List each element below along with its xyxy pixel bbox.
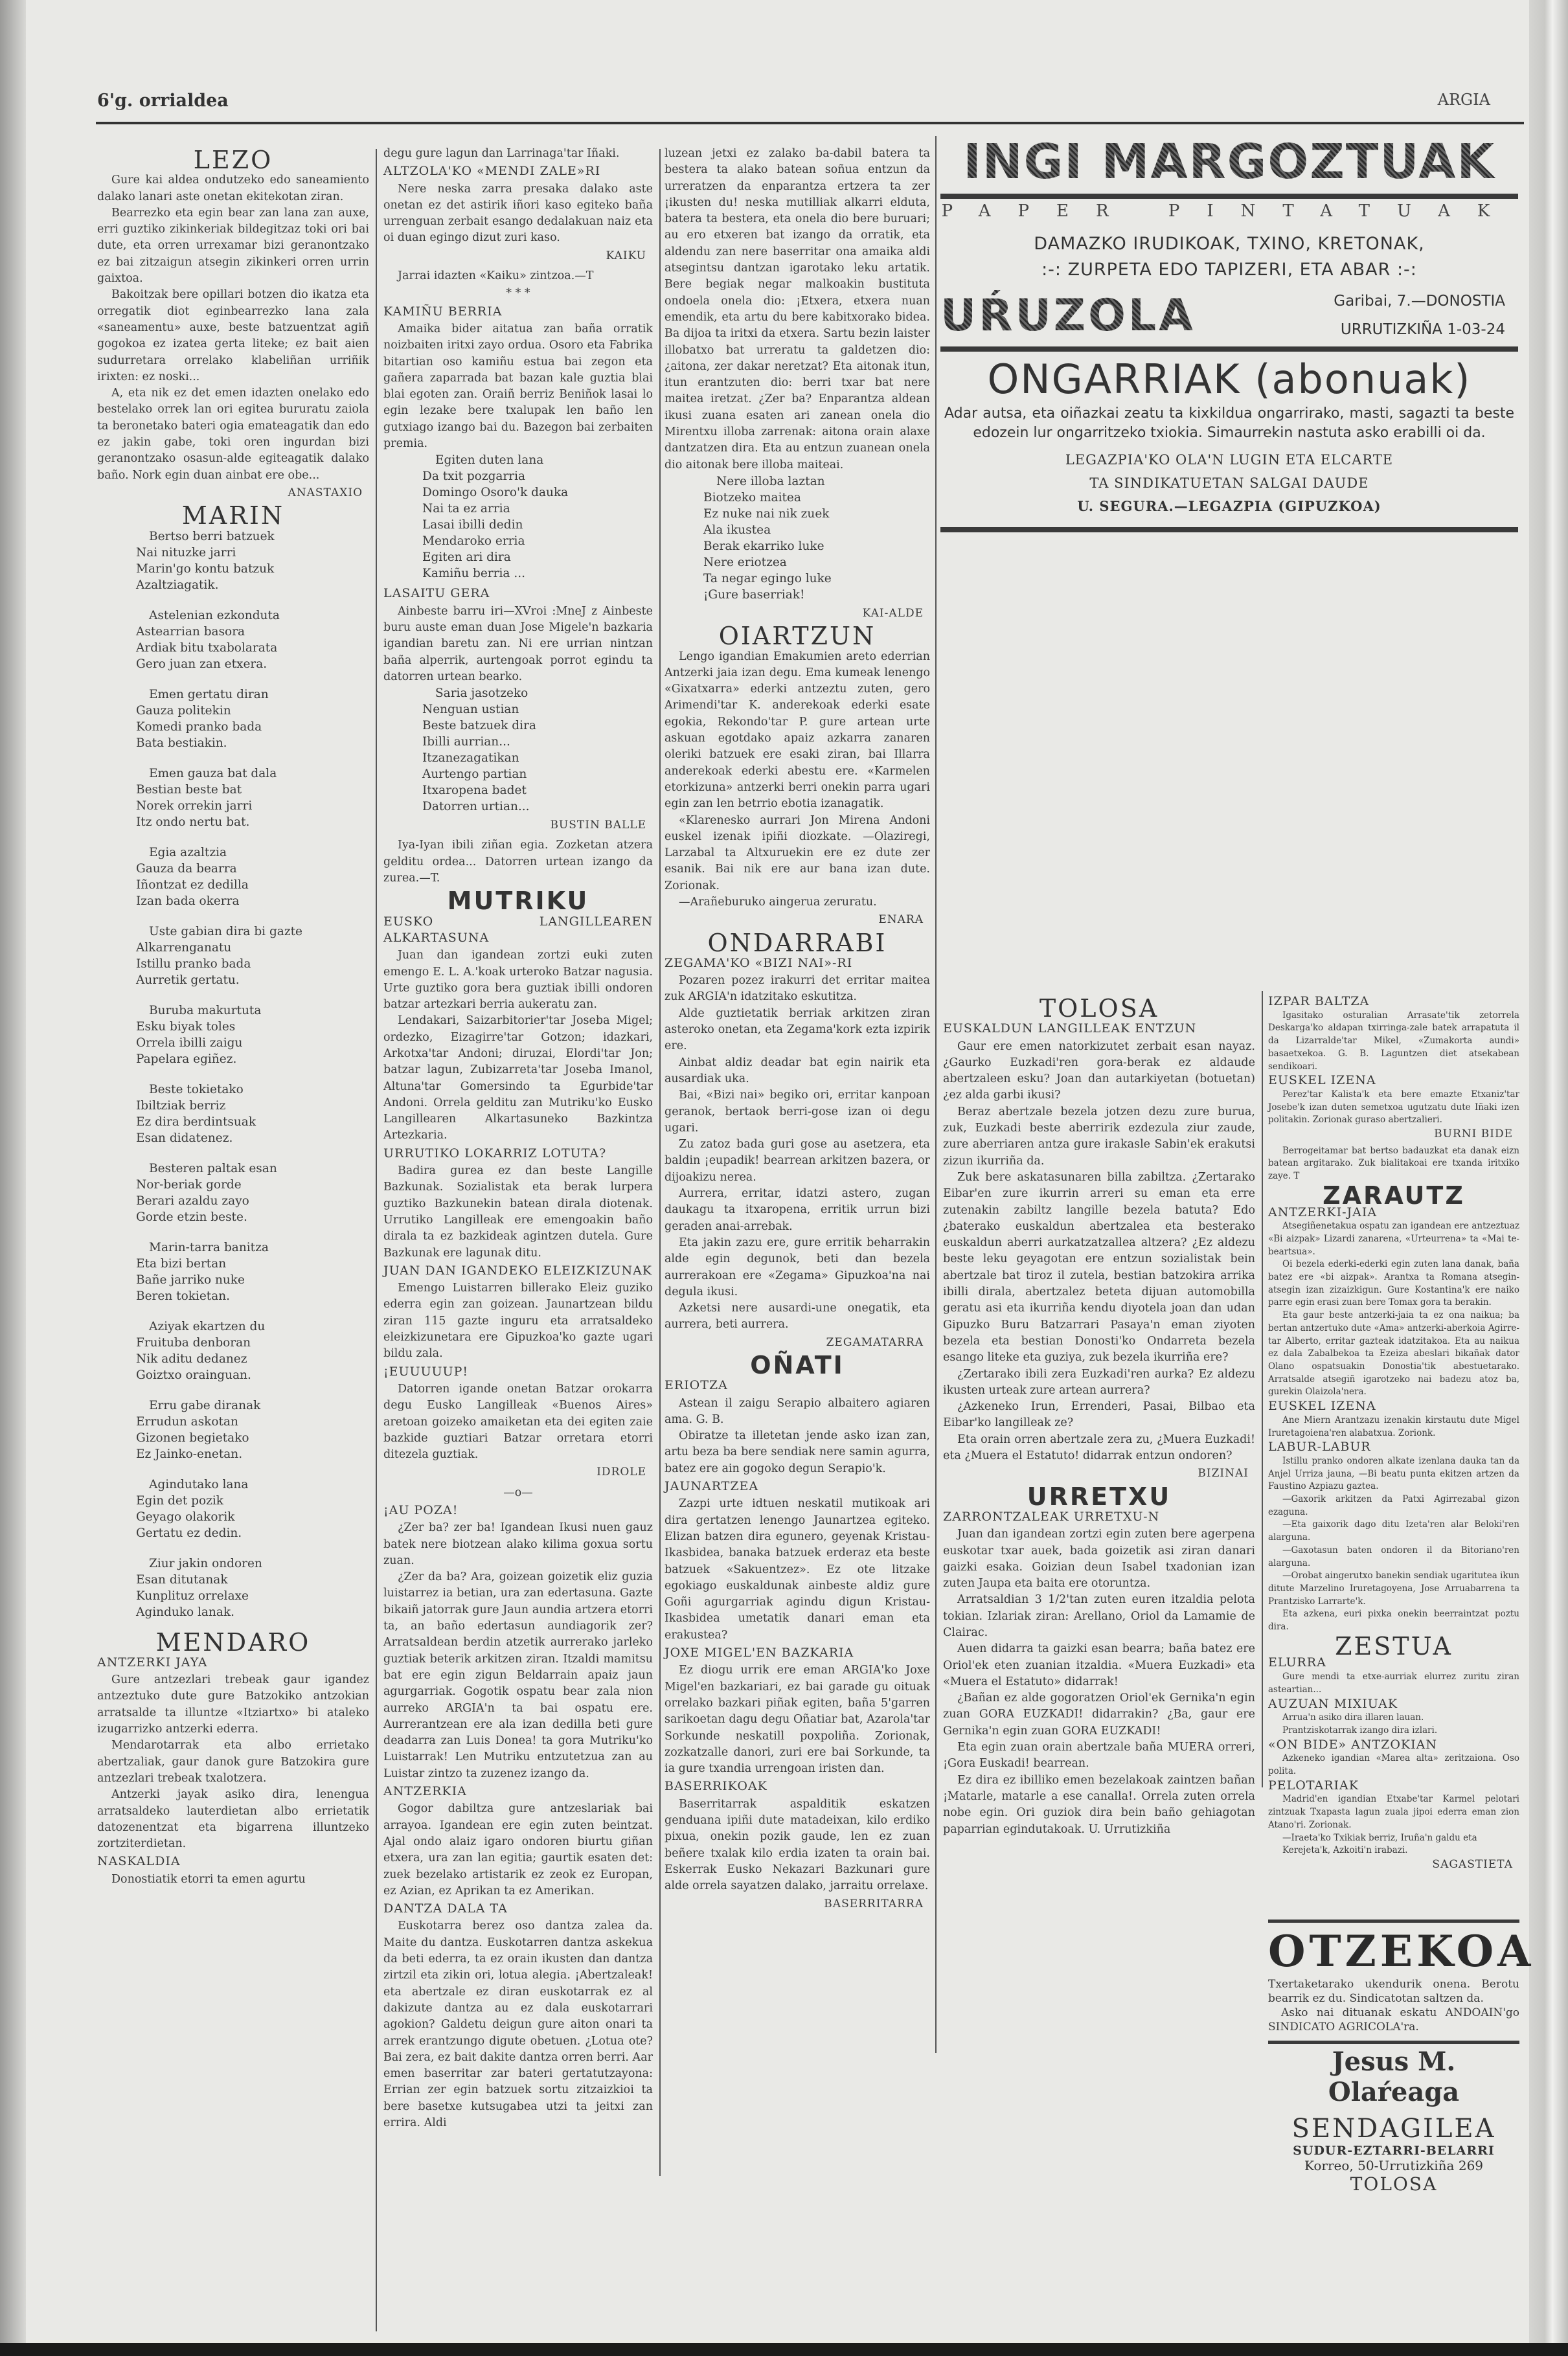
section-head: ZEGAMA'KO «BIZI NAI»-RI	[665, 955, 930, 971]
ad-rule	[940, 527, 1518, 532]
signature: ENARA	[665, 912, 924, 928]
verse-line: Nai nituzke jarri	[136, 545, 369, 561]
section-head: DANTZA DALA TA	[383, 1901, 653, 1917]
column-1: LEZO Gure kai aldea ondutzeko edo saneam…	[97, 146, 369, 1888]
ad-line: :-: ZURPETA EDO TAPIZERI, ETA ABAR :-:	[940, 257, 1518, 283]
tolosa-article: Gaur ere emen natorkizutet zerbait esan …	[943, 1039, 1255, 1465]
paragraph: ¿Bañan ez alde gogoratzen Oriol'ek Gerni…	[943, 1690, 1255, 1739]
paragraph: Aurrera, erritar, idatzi astero, zugan d…	[665, 1186, 930, 1235]
signature: BUSTIN BALLE	[383, 817, 646, 833]
ad-phone: URRUTIZKIÑA 1-03-24	[1334, 315, 1505, 344]
paragraph: Datorren igande onetan Batzar orokarra d…	[383, 1381, 653, 1463]
euskel-article: Perez'tar Kalista'k eta bere emazte Etxa…	[1268, 1089, 1519, 1127]
paragraph: Beraz abertzale bezela jotzen dezu zure …	[943, 1104, 1255, 1170]
verse-line: Saria jasotzeko	[422, 685, 653, 701]
paragraph: Prantziskotarrak izango dira izlari.	[1268, 1725, 1519, 1738]
paragraph: Arratsaldian 3 1/2'tan zuten euren itzal…	[943, 1592, 1255, 1641]
ad-brand-row: UŔUZOLA Garibai, 7.—DONOSTIA URRUTIZKIÑA…	[940, 287, 1518, 344]
editor-note: Berrogeitamar bat bertso badauzkat eta d…	[1268, 1145, 1519, 1183]
verse-line: Ala ikustea	[703, 522, 930, 538]
header-rule	[96, 122, 1524, 124]
paragraph: Bakoitzak bere opillari botzen dio ikatz…	[97, 287, 369, 385]
verse-line: Bestian beste bat	[136, 782, 369, 798]
section-head: LASAITU GERA	[383, 585, 653, 602]
signature: IDROLE	[383, 1464, 646, 1480]
paragraph: Eta jakin zazu ere, gure erritik beharra…	[665, 1235, 930, 1300]
ad-rule	[940, 346, 1518, 352]
page-left-shadow	[0, 0, 26, 2356]
town-heading-marin: MARIN	[97, 508, 369, 524]
paragraph: Amaika bider aitatua zan baña orratik no…	[383, 321, 653, 452]
verse-line: ¡Gure baserriak!	[703, 587, 930, 603]
paragraph: Alde guztietatik berriak arkitzen ziran …	[665, 1006, 930, 1055]
verse-line: Gertatu ez dedin.	[136, 1525, 369, 1541]
town-heading-tolosa: TOLOSA	[943, 1001, 1255, 1017]
section-head: ¡AU POZA!	[383, 1502, 653, 1519]
signature: BASERRITARRA	[665, 1896, 924, 1912]
column-3: luzean jetxi ez zalako ba-dabil batera t…	[665, 146, 930, 1916]
paragraph: Azketsi nere ausardi-une onegatik, eta a…	[665, 1300, 930, 1333]
section-head: EUSKALDUN LANGILLEAK ENTZUN	[943, 1021, 1255, 1037]
verse-line: Nor-beriak gorde	[136, 1177, 369, 1193]
paragraph: Zazpi urte idtuen neskatil mutikoak ari …	[665, 1496, 930, 1644]
verse-line: Ibiltziak berriz	[136, 1098, 369, 1114]
verse-line: Beren tokietan.	[136, 1288, 369, 1304]
stanza: Beste tokietakoIbiltziak berrizEz dira b…	[136, 1082, 369, 1146]
town-heading-oiartzun: OIARTZUN	[665, 628, 930, 644]
verse-line: Buruba makurtuta	[136, 1002, 369, 1019]
verse-line: Itxaropena badet	[422, 782, 653, 799]
ad-doctor-specialty: SUDUR-EZTARRI-BELARRI	[1268, 2144, 1519, 2158]
paragraph: Ainbeste barru iri—XVroi :MneJ z Ainbest…	[383, 604, 653, 685]
verse-line: Astearrian basora	[136, 624, 369, 640]
section-head: URRUTIKO LOKARRIZ LOTUTA?	[383, 1146, 653, 1162]
section-head: JOXE MIGEL'EN BAZKARIA	[665, 1645, 930, 1661]
verse-line: Aginduko lanak.	[136, 1604, 369, 1620]
editor-note: Jarrai idazten «Kaiku» zintzoa.—T	[383, 268, 653, 284]
verse-line: Ez Jainko-enetan.	[136, 1446, 369, 1462]
section-head: ANTZERKI JAYA	[97, 1655, 369, 1671]
stanza: Emen gauza bat dalaBestian beste batNore…	[136, 765, 369, 830]
verse-line: Marin'go kontu batzuk	[136, 561, 369, 577]
signature: ZEGAMATARRA	[665, 1335, 924, 1351]
column-divider	[659, 149, 661, 2176]
verse-line: Mendaroko erria	[422, 533, 653, 549]
paragraph: Kerejeta'k, Azkoiti'n irabazi.	[1268, 1844, 1519, 1857]
town-heading-mutriku: MUTRIKU	[383, 893, 653, 909]
lezo-signature: ANASTAXIO	[97, 485, 363, 501]
ad-doctor-name: Jesus M. Olaŕeaga	[1268, 2046, 1519, 2107]
mendaro-articles: ANTZERKI JAYAGure antzezlari trebeak gau…	[97, 1655, 369, 1888]
paragraph: Lendakari, Saizarbitorier'tar Joseba Mig…	[383, 1013, 653, 1144]
verse-line: Errudun askotan	[136, 1414, 369, 1430]
verse-line: Egiten duten lana	[422, 452, 653, 468]
verse-line: Marin-tarra banitza	[136, 1240, 369, 1256]
ad-doctor-address: Korreo, 50-Urrutizkiña 269	[1268, 2158, 1519, 2173]
column-5: IZPAR BALTZA Igasitako osturalian Arrasa…	[1268, 994, 1519, 1875]
mendi-article: Nere neska zarra presaka dalako aste one…	[383, 181, 653, 247]
town-heading-zarautz: ZARAUTZ	[1268, 1190, 1519, 1203]
ad-rule	[1268, 1920, 1519, 1923]
poza-article: ¿Zer ba? zer ba! Igandean Ikusi nuen gau…	[383, 1520, 653, 1782]
verse-line: Iñontzat ez dedilla	[136, 877, 369, 893]
section-head: ANTZERKIA	[383, 1784, 653, 1800]
paragraph: —Gaxotasun baten ondoren il da Bitoriano…	[1268, 1545, 1519, 1570]
section-head: ¡EUUUUUP!	[383, 1364, 653, 1380]
paragraph: Ane Miern Arantzazu izenakin kirstautu d…	[1268, 1414, 1519, 1440]
verse-line: Nik aditu dedanez	[136, 1351, 369, 1367]
verse-line: Bertso berri batzuek	[136, 528, 369, 545]
section-head: IZPAR BALTZA	[1268, 995, 1519, 1008]
paragraph: Lengo igandian Emakumien areto ederrian …	[665, 649, 930, 813]
lezo-article: Gure kai aldea ondutzeko edo saneamiento…	[97, 172, 369, 484]
stanza: Marin-tarra banitzaEta bizi bertanBañe j…	[136, 1240, 369, 1304]
paragraph: ¿Azkeneko Irun, Errenderi, Pasai, Bilbao…	[943, 1399, 1255, 1432]
verse-line: Nai ta ez arria	[422, 501, 653, 517]
paragraph: Eta azkena, euri pixka onekin beerraintz…	[1268, 1608, 1519, 1633]
verse-line: Bañe jarriko nuke	[136, 1272, 369, 1288]
verse-line: Lasai ibilli dedin	[422, 517, 653, 533]
section-head: KAMIÑU BERRIA	[383, 304, 653, 320]
kaminu-poem: Egiten duten lanaDa txit pozgarriaDoming…	[422, 452, 653, 582]
paragraph: Eta egin zuan orain abertzale baña MUERA…	[943, 1739, 1255, 1773]
izpar-article: Igasitako osturalian Arrasate'tik zetorr…	[1268, 1010, 1519, 1074]
verse-line: Egiten ari dira	[422, 549, 653, 565]
verse-line: Besteren paltak esan	[136, 1161, 369, 1177]
verse-line: Papelara egiñez.	[136, 1051, 369, 1067]
section-head: «ON BIDE» ANTZOKIAN	[1268, 1739, 1519, 1752]
verse-line: Kunplituz orrelaxe	[136, 1588, 369, 1604]
town-heading-urretxu: URRETXU	[943, 1489, 1255, 1505]
verse-line: Istillu pranko bada	[136, 956, 369, 972]
marin-poem: Bertso berri batzuekNai nituzke jarriMar…	[97, 528, 369, 1620]
ad-doctor-city: TOLOSA	[1268, 2173, 1519, 2195]
paragraph: Astean il zaigu Serapio albaitero agiare…	[665, 1396, 930, 1429]
section-head: ALTZOLA'KO «MENDI ZALE»RI	[383, 163, 653, 179]
stanza: Besteren paltak esanNor-beriak gordeBera…	[136, 1161, 369, 1225]
paragraph: luzean jetxi ez zalako ba-dabil batera t…	[665, 146, 930, 473]
ad-line: LEGAZPIA'KO OLA'N LUGIN ETA ELCARTE	[940, 448, 1518, 471]
verse-line: Orrela ibilli zaigu	[136, 1035, 369, 1051]
zarautz-articles: ANTZERKI-JAIAAtsegiñenetakua ospatu zan …	[1268, 1206, 1519, 1634]
zestua-articles: ELURRAGure mendi ta etxe-aurriak elurrez…	[1268, 1657, 1519, 1857]
paragraph: Zuk bere askatasunaren billa zabiltza. ¿…	[943, 1170, 1255, 1366]
paragraph: Donostiatik etorri ta emen agurtu	[97, 1872, 369, 1888]
ad-line: TA SINDIKATUETAN SALGAI DAUDE	[940, 471, 1518, 495]
paragraph: Gure antzezlari trebeak gaur igandez ant…	[97, 1672, 369, 1738]
section-head: ZARRONTZALEAK URRETXU-N	[943, 1509, 1255, 1525]
stanza: Aziyak ekartzen duFruituba denboranNik a…	[136, 1319, 369, 1383]
stanza: Uste gabian dira bi gazteAlkarrenganatuI…	[136, 923, 369, 988]
verse-line: Alkarrenganatu	[136, 940, 369, 956]
column-divider	[1262, 991, 1263, 1787]
section-head: JAUNARTZEA	[665, 1478, 930, 1495]
verse-line: Nenguan ustian	[422, 701, 653, 718]
editor-note: Iya-Iyan ibili ziñan egia. Zozketan atze…	[383, 837, 653, 887]
verse-line: Fruituba denboran	[136, 1335, 369, 1351]
paragraph: Mendarotarrak eta albo errietako abertza…	[97, 1738, 369, 1787]
town-heading-onati: OÑATI	[665, 1357, 930, 1374]
oiartzun-article: Lengo igandian Emakumien areto ederrian …	[665, 649, 930, 911]
ad-rule	[1268, 2041, 1519, 2044]
section-head: JUAN DAN IGANDEKO ELEIZKIZUNAK	[383, 1263, 653, 1279]
paragraph: —Eta gaixorik dago ditu Izeta'ren alar B…	[1268, 1519, 1519, 1544]
stanza: Emen gertatu diranGauza politekinKomedi …	[136, 686, 369, 751]
ad-address: Garibai, 7.—DONOSTIA	[1334, 287, 1505, 315]
verse-line: Esku biyak toles	[136, 1019, 369, 1035]
ad-line: U. SEGURA.—LEGAZPIA (GIPUZKOA)	[940, 495, 1518, 518]
ad-doctor-title: SENDAGILEA	[1268, 2114, 1519, 2144]
verse-line: Datorren urtian...	[422, 799, 653, 815]
separator-stars: * * *	[383, 286, 653, 302]
ad-rule	[940, 194, 1518, 199]
verse-line: Norek orrekin jarri	[136, 798, 369, 814]
verse-line: Beste tokietako	[136, 1082, 369, 1098]
paragraph: Arrua'n asiko dira illaren lauan.	[1268, 1712, 1519, 1725]
column-divider	[376, 149, 377, 2331]
paragraph: Gure mendi ta etxe-aurriak elurrez zurit…	[1268, 1671, 1519, 1696]
verse-line: Nere illoba laztan	[703, 473, 930, 490]
paragraph: Ez diogu urrik ere eman ARGIA'ko Joxe Mi…	[665, 1662, 930, 1777]
paragraph: Eta orain orren abertzale zera zu, ¿Muer…	[943, 1432, 1255, 1465]
ondarrabi-article: Pozaren pozez irakurri det erritar maite…	[665, 973, 930, 1333]
mutriku-articles: EUSKO LANGILLEAREN ALKARTASUNAJuan dan i…	[383, 914, 653, 1464]
verse-line: Gero juan zan etxera.	[136, 656, 369, 672]
verse-line: Bata bestiakin.	[136, 735, 369, 751]
urretxu-article: Juan dan igandean zortzi egin zuten bere…	[943, 1526, 1255, 1838]
paragraph: Pozaren pozez irakurri det erritar maite…	[665, 973, 930, 1006]
story-continued: luzean jetxi ez zalako ba-dabil batera t…	[665, 146, 930, 473]
verse-line: Agindutako lana	[136, 1477, 369, 1493]
newspaper-name: ARGIA	[1438, 91, 1490, 109]
paragraph: Juan dan igandean zortzi euki zuten emen…	[383, 947, 653, 1013]
verse-line: Eta bizi bertan	[136, 1256, 369, 1272]
paragraph: Gogor dabiltza gure antzeslariak bai arr…	[383, 1801, 653, 1899]
dantza-article: Euskotarra berez oso dantza zalea da. Ma…	[383, 1918, 653, 2131]
paragraph: Juan dan igandean zortzi egin zuten bere…	[943, 1526, 1255, 1592]
paragraph: —Arañeburuko aingerua zeruratu.	[665, 894, 930, 911]
page-number-label: 6'g. orrialdea	[97, 91, 229, 111]
paragraph: Nere neska zarra presaka dalako aste one…	[383, 181, 653, 247]
paragraph: Badira gurea ez dan beste Langille Bazku…	[383, 1163, 653, 1262]
signature: KAIKU	[383, 248, 646, 264]
lasaitu-article: Ainbeste barru iri—XVroi :MneJ z Ainbest…	[383, 604, 653, 685]
town-heading-zestua: ZESTUA	[1268, 1640, 1519, 1653]
signature: SAGASTIETA	[1268, 1859, 1513, 1872]
paragraph: —Iraeta'ko Txikiak berriz, Iruña'n galdu…	[1268, 1832, 1519, 1845]
paragraph: Atsegiñenetakua ospatu zan igandean ere …	[1268, 1220, 1519, 1258]
signature: BURNI BIDE	[1268, 1128, 1513, 1141]
stanza: Agindutako lanaEgin det pozikGeyago olak…	[136, 1477, 369, 1541]
lasaitu-poem: Saria jasotzekoNenguan ustianBeste batzu…	[422, 685, 653, 815]
section-head: AUZUAN MIXIUAK	[1268, 1698, 1519, 1711]
advertisement-otzekoa: OTZEKOA Txertaketarako ukendurik onena. …	[1268, 1917, 1519, 2195]
ad-subtitle: PAPER PINTATUAK	[940, 201, 1518, 221]
section-head: EUSKEL IZENA	[1268, 1074, 1519, 1087]
signature: KAI-ALDE	[665, 606, 924, 622]
verse-line: Goiztxo orainguan.	[136, 1367, 369, 1383]
verse-line: Ta negar egingo luke	[703, 571, 930, 587]
column-2: degu gure lagun dan Larrinaga'tar Iñaki.…	[383, 146, 653, 2131]
ad-otzekoa-body2: Asko nai dituanak eskatu ANDOAIN'go SIND…	[1268, 2006, 1519, 2034]
verse-line: Ziur jakin ondoren	[136, 1556, 369, 1572]
ad-address-block: Garibai, 7.—DONOSTIA URRUTIZKIÑA 1-03-24	[1334, 287, 1518, 344]
section-head: PELOTARIAK	[1268, 1780, 1519, 1793]
ad-otzekoa-body: Txertaketarako ukendurik onena. Berotu b…	[1268, 1977, 1519, 2006]
paragraph: Bearrezko eta egin bear zan lana zan aux…	[97, 205, 369, 287]
paragraph: ¿Zer ba? zer ba! Igandean Ikusi nuen gau…	[383, 1520, 653, 1569]
paragraph: Obiratze ta illetetan jende asko izan za…	[665, 1428, 930, 1477]
paragraph: Euskotarra berez oso dantza zalea da. Ma…	[383, 1918, 653, 2131]
column-4: TOLOSA EUSKALDUN LANGILLEAK ENTZUN Gaur …	[943, 994, 1255, 1838]
onati-articles: ERIOTZAAstean il zaigu Serapio albaitero…	[665, 1377, 930, 1894]
stanza: Egia azaltziaGauza da bearraIñontzat ez …	[136, 844, 369, 909]
kaminu-article: Amaika bider aitatua zan baña orratik no…	[383, 321, 653, 452]
verse-line: Nere eriotzea	[703, 554, 930, 571]
stanza: Buruba makurtutaEsku biyak tolesOrrela i…	[136, 1002, 369, 1067]
verse-line: Gorde etzin beste.	[136, 1209, 369, 1225]
ad-ongarriak-title: ONGARRIAK (abonuak)	[940, 356, 1518, 403]
paragraph: Baserritarrak aspalditik eskatzen gendua…	[665, 1796, 930, 1895]
paragraph: Madrid'en igandian Etxabe'tar Karmel pel…	[1268, 1793, 1519, 1831]
paragraph: —Gaxorik arkitzen da Patxi Agirrezabal g…	[1268, 1493, 1519, 1519]
paragraph: —Orobat aingerutxo banekin sendiak ugari…	[1268, 1570, 1519, 1608]
town-heading-lezo: LEZO	[97, 152, 369, 168]
paragraph: Istillu pranko ondoren alkate izenlana d…	[1268, 1455, 1519, 1493]
section-head: EUSKEL IZENA	[1268, 1400, 1519, 1413]
verse-line: Erru gabe diranak	[136, 1398, 369, 1414]
verse-line: Ez dira berdintsuak	[136, 1114, 369, 1130]
verse-line: Geyago olakorik	[136, 1509, 369, 1525]
verse-line: Egia azaltzia	[136, 844, 369, 861]
paragraph: A, eta nik ez det emen idazten onelako e…	[97, 385, 369, 484]
ad-title: INGI MARGOZTUAK	[940, 133, 1518, 191]
verse-line: Gizonen begietako	[136, 1430, 369, 1446]
verse-line: Biotzeko maitea	[703, 490, 930, 506]
paragraph: Eta gaur beste antzerki-jaia ta ez ona n…	[1268, 1309, 1519, 1399]
verse-line: Esan ditutanak	[136, 1572, 369, 1588]
verse-line: Da txit pozgarria	[422, 468, 653, 484]
ad-ongarriak-body: Adar autsa, eta oiñazkai zeatu ta kixkil…	[940, 404, 1518, 443]
verse-line: Astelenian ezkonduta	[136, 607, 369, 624]
verse-line: Gauza politekin	[136, 703, 369, 719]
verse-line: Beste batzuek dira	[422, 718, 653, 734]
verse-line: Berak ekarriko luke	[703, 538, 930, 554]
story-poem: Nere illoba laztanBiotzeko maiteaEz nuke…	[703, 473, 930, 603]
verse-line: Ez nuke nai nik zuek	[703, 506, 930, 522]
paragraph: degu gure lagun dan Larrinaga'tar Iñaki.	[383, 146, 653, 162]
verse-line: Uste gabian dira bi gazte	[136, 923, 369, 940]
section-head: BASERRIKOAK	[665, 1778, 930, 1795]
paragraph: ¿Zertarako ibili zera Euzkadi'ren aurka?…	[943, 1366, 1255, 1399]
paragraph: Oi bezela ederki-ederki egin zuten lana …	[1268, 1258, 1519, 1309]
stanza: Astelenian ezkondutaAstearrian basoraArd…	[136, 607, 369, 672]
verse-line: Egin det pozik	[136, 1493, 369, 1509]
paragraph: Ez dira ez ibilliko emen bezelakoak zain…	[943, 1773, 1255, 1838]
page-right-edge	[1529, 0, 1568, 2356]
town-heading-ondarrabi: ONDARRABI	[665, 935, 930, 951]
paragraph: Zu zatoz bada guri gose au asetzera, eta…	[665, 1137, 930, 1186]
separator-divider: —o—	[383, 1485, 653, 1501]
paragraph: Auen didarra ta gaizki esan bearra; baña…	[943, 1641, 1255, 1690]
verse-line: Aurretik gertatu.	[136, 972, 369, 988]
verse-line: Domingo Osoro'k dauka	[422, 484, 653, 501]
paragraph: Emengo Luistarren billerako Eleiz guziko…	[383, 1280, 653, 1362]
verse-line: Azaltziagatik.	[136, 577, 369, 593]
paragraph: ¿Zer da ba? Ara, goizean goizetik eliz g…	[383, 1569, 653, 1782]
paragraph: Antzerki jayak asiko dira, lenengua arra…	[97, 1787, 369, 1852]
section-head: ERIOTZA	[665, 1377, 930, 1394]
paragraph: Perez'tar Kalista'k eta bere emazte Etxa…	[1268, 1089, 1519, 1127]
signature: BIZINAI	[943, 1466, 1249, 1482]
verse-line: Ardiak bitu txabolarata	[136, 640, 369, 656]
verse-line: Gauza da bearra	[136, 861, 369, 877]
verse-line: Emen gertatu diran	[136, 686, 369, 703]
paragraph: Ainbat aldiz deadar bat egin nairik eta …	[665, 1055, 930, 1088]
paragraph: Bai, «Bizi nai» begiko ori, erritar kanp…	[665, 1087, 930, 1137]
verse-line: Ibilli aurrian...	[422, 734, 653, 750]
page-bottom-edge	[0, 2343, 1568, 2356]
ad-otzekoa-title: OTZEKOA	[1268, 1925, 1519, 1977]
verse-line: Itz ondo nertu bat.	[136, 814, 369, 830]
paragraph: «Klarenesko aurrari Jon Mirena Andoni eu…	[665, 813, 930, 894]
verse-line: Esan didatenez.	[136, 1130, 369, 1146]
section-head: NASKALDIA	[97, 1853, 369, 1870]
stanza: Bertso berri batzuekNai nituzke jarriMar…	[136, 528, 369, 593]
verse-line: Itzanezagatikan	[422, 750, 653, 766]
verse-line: Kamiñu berria ...	[422, 565, 653, 582]
verse-line: Aziyak ekartzen du	[136, 1319, 369, 1335]
column-divider	[935, 136, 937, 2053]
section-head: LABUR-LABUR	[1268, 1441, 1519, 1454]
section-head: EUSKO LANGILLEAREN ALKARTASUNA	[383, 914, 653, 947]
paragraph: Gaur ere emen natorkizutet zerbait esan …	[943, 1039, 1255, 1104]
continued-text: degu gure lagun dan Larrinaga'tar Iñaki.	[383, 146, 653, 162]
paragraph: Azkeneko igandian «Marea alta» zeritzaio…	[1268, 1752, 1519, 1778]
ad-brand: UŔUZOLA	[940, 290, 1196, 341]
paragraph: Gure kai aldea ondutzeko edo saneamiento…	[97, 172, 369, 205]
town-heading-mendaro: MENDARO	[97, 1635, 369, 1651]
antzerkia-article: Gogor dabiltza gure antzeslariak bai arr…	[383, 1801, 653, 1899]
stanza: Ziur jakin ondorenEsan ditutanakKunplitu…	[136, 1556, 369, 1620]
verse-line: Izan bada okerra	[136, 893, 369, 909]
verse-line: Aurtengo partian	[422, 766, 653, 782]
verse-line: Komedi pranko bada	[136, 719, 369, 735]
paragraph: Igasitako osturalian Arrasate'tik zetorr…	[1268, 1010, 1519, 1074]
ad-line: DAMAZKO IRUDIKOAK, TXINO, KRETONAK,	[940, 231, 1518, 257]
verse-line: Berari azaldu zayo	[136, 1193, 369, 1209]
advertisement-ingi-margoztuak: INGI MARGOZTUAK PAPER PINTATUAK DAMAZKO …	[940, 133, 1518, 535]
stanza: Erru gabe diranakErrudun askotanGizonen …	[136, 1398, 369, 1462]
verse-line: Emen gauza bat dala	[136, 765, 369, 782]
